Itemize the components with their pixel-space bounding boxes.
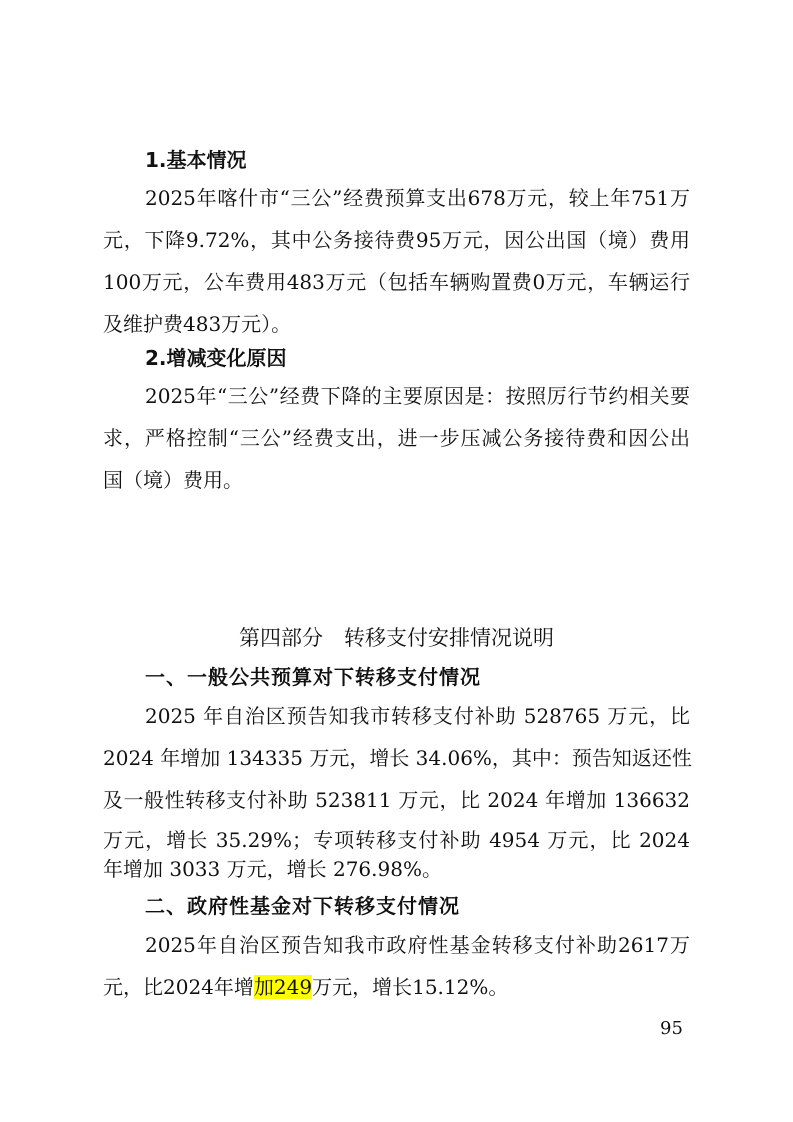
page-number: 95 [660, 1018, 683, 1040]
subheading-basic-situation: 1.基本情况 [145, 147, 247, 173]
paragraph-line: 2024 年增加 134335 万元，增长 34.06%，其中：预告知返还性 [103, 745, 690, 771]
paragraph-line: 年增加 3033 万元，增长 276.98%。 [103, 856, 690, 882]
part-title: 第四部分 转移支付安排情况说明 [0, 624, 793, 652]
text-segment: 元，比2024年增 [103, 975, 254, 999]
text-segment: 万元，增长15.12%。 [312, 975, 508, 999]
paragraph-line: 2025 年自治区预告知我市转移支付补助 528765 万元，比 [145, 703, 690, 729]
paragraph-line: 100万元，公车费用483万元（包括车辆购置费0万元，车辆运行 [103, 269, 690, 295]
document-page: 1.基本情况 2025年喀什市“三公”经费预算支出678万元，较上年751万 元… [0, 0, 793, 1122]
paragraph-line: 国（境）费用。 [103, 467, 690, 493]
paragraph-line: 元，比2024年增加249万元，增长15.12%。 [103, 974, 690, 1000]
paragraph-line: 2025年自治区预告知我市政府性基金转移支付补助2617万 [145, 932, 690, 958]
subheading-change-reason: 2.增减变化原因 [145, 345, 287, 371]
paragraph-line: 求，严格控制“三公”经费支出，进一步压减公务接待费和因公出 [103, 425, 690, 451]
paragraph-line: 及维护费483万元）。 [103, 311, 690, 337]
paragraph-line: 2025年“三公”经费下降的主要原因是：按照厉行节约相关要 [145, 383, 690, 409]
paragraph-line: 万元，增长 35.29%；专项转移支付补助 4954 万元，比 2024 [103, 827, 690, 853]
section-heading-gov-fund: 二、政府性基金对下转移支付情况 [145, 893, 460, 919]
highlighted-text: 加249 [254, 975, 312, 999]
paragraph-line: 及一般性转移支付补助 523811 万元，比 2024 年增加 136632 [103, 787, 690, 813]
section-heading-general-budget: 一、一般公共预算对下转移支付情况 [145, 664, 481, 690]
paragraph-line: 2025年喀什市“三公”经费预算支出678万元，较上年751万 [145, 185, 690, 211]
paragraph-line: 元，下降9.72%，其中公务接待费95万元，因公出国（境）费用 [103, 227, 690, 253]
